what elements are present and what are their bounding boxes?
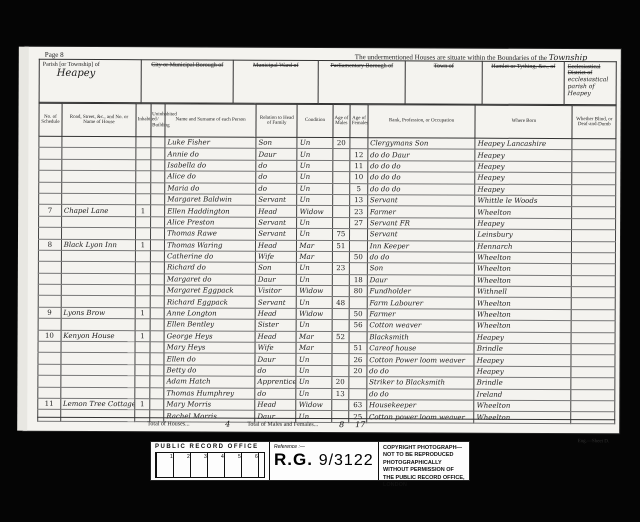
- schedule-number: [39, 159, 62, 170]
- occupation: Servant: [367, 195, 475, 207]
- disability: [572, 287, 616, 299]
- birthplace: Wheelton: [475, 252, 572, 264]
- uninhabited-count: [150, 330, 165, 341]
- house-name: [61, 364, 135, 376]
- age-male: 48: [332, 297, 350, 308]
- age-female: 50: [349, 308, 367, 319]
- uninhabited-count: [150, 160, 165, 171]
- disability: [572, 309, 616, 321]
- schedule-number: [38, 284, 61, 295]
- disability: [572, 218, 616, 230]
- uninhabited-count: [150, 365, 165, 376]
- condition: Un: [297, 194, 332, 206]
- hamlet-label: Hamlet or Tything, &c., of: [482, 61, 564, 104]
- person-name: Catherine do: [165, 251, 256, 263]
- inhabited-count: [136, 262, 151, 273]
- person-name: Richard Eggpack: [164, 296, 255, 308]
- col-birthplace: Where Born: [475, 105, 572, 138]
- condition: Un: [297, 137, 332, 149]
- age-female: [350, 229, 368, 240]
- schedule-number: [38, 375, 61, 386]
- condition: Un: [296, 365, 331, 377]
- inhabited-count: 1: [135, 308, 150, 319]
- col-name: Name and Surname of each Person: [165, 104, 256, 137]
- schedule-number: [38, 262, 61, 273]
- schedule-number: 10: [38, 330, 61, 341]
- parliamentary-label: Parliamentary Borough of: [318, 60, 405, 103]
- condition: Un: [296, 377, 331, 389]
- col-schedule: No. of Schedule: [39, 103, 62, 136]
- person-name: Maria do: [165, 182, 256, 194]
- uninhabited-count: [149, 399, 164, 410]
- person-name: Luke Fisher: [165, 137, 256, 149]
- schedule-number: [38, 319, 61, 330]
- persons-total-label: Total of Males and Females...: [247, 422, 318, 428]
- age-male: 52: [332, 331, 350, 342]
- disability: [572, 139, 616, 151]
- age-male: [332, 286, 350, 297]
- pro-title: PUBLIC RECORD OFFICE: [155, 444, 265, 450]
- schedule-number: [39, 227, 62, 238]
- relation: Servant: [256, 217, 297, 229]
- relation: Head: [256, 240, 297, 252]
- relation: Son: [256, 137, 297, 149]
- condition: Widow: [296, 399, 331, 411]
- age-female: 13: [350, 195, 368, 206]
- condition: Un: [297, 263, 332, 275]
- birthplace: Heapey: [474, 332, 571, 344]
- birthplace: Ireland: [474, 389, 571, 401]
- inhabited-count: [136, 251, 151, 262]
- col-inhabited: Inhabited: [136, 104, 151, 137]
- disability: [571, 366, 615, 378]
- condition: Mar: [297, 240, 332, 252]
- house-name: [62, 159, 136, 171]
- condition: Mar: [296, 342, 331, 354]
- age-female: 5: [350, 183, 368, 194]
- schedule-number: 9: [38, 307, 61, 318]
- disability: [572, 275, 616, 287]
- inhabited-count: 1: [136, 239, 151, 250]
- relation: Head: [255, 331, 296, 343]
- person-name: Ellen Bentley: [164, 319, 255, 331]
- birthplace: Wheelton: [475, 263, 572, 275]
- age-male: [332, 149, 350, 160]
- age-female: 11: [350, 160, 368, 171]
- birthplace: Wheelton: [474, 298, 571, 310]
- age-male: [332, 251, 350, 262]
- age-male: [332, 160, 350, 171]
- age-female: 20: [349, 365, 367, 376]
- birthplace: Heapey: [475, 150, 572, 162]
- inhabited-count: [135, 353, 150, 364]
- relation: Head: [256, 206, 297, 218]
- inhabited-count: [135, 364, 150, 375]
- schedule-number: 8: [38, 239, 61, 250]
- schedule-number: [38, 341, 61, 352]
- house-name: Lemon Tree Cottage: [60, 398, 134, 410]
- location-header: Parish [or Township] of Heapey City or M…: [39, 59, 617, 106]
- condition: Un: [297, 229, 332, 241]
- females-total: 17: [355, 420, 365, 429]
- column-headers: No. of Schedule Road, Street, &c., and N…: [39, 103, 616, 139]
- birthplace: Heapey: [475, 172, 572, 184]
- col-address: Road, Street, &c., and No. or Name of Ho…: [62, 103, 137, 136]
- uninhabited-count: [150, 251, 165, 262]
- relation: Wife: [255, 342, 296, 354]
- town-label: Town of: [405, 61, 482, 104]
- house-name: [61, 341, 135, 353]
- age-female: [349, 388, 367, 399]
- house-name: Black Lyon Inn: [61, 239, 135, 251]
- age-female: 80: [349, 286, 367, 297]
- census-table: No. of Schedule Road, Street, &c., and N…: [37, 103, 616, 424]
- house-name: [61, 227, 135, 239]
- house-name: [61, 284, 135, 296]
- schedule-number: [38, 296, 61, 307]
- inhabited-count: [135, 376, 150, 387]
- col-disability: Whether Blind, or Deaf-and-Dumb: [572, 106, 616, 139]
- relation: Head: [255, 308, 296, 320]
- ruler-mark: 5: [238, 454, 241, 460]
- house-name: [61, 216, 135, 228]
- occupation: Cotton weaver: [367, 320, 475, 332]
- condition: Un: [296, 388, 331, 400]
- disability: [572, 321, 616, 333]
- uninhabited-count: [150, 308, 165, 319]
- inhabited-count: [135, 273, 150, 284]
- condition: Un: [297, 274, 332, 286]
- age-female: 63: [349, 400, 367, 411]
- age-female: 12: [350, 149, 368, 160]
- census-page: Page 8 The undermentioned Houses are sit…: [23, 47, 621, 434]
- age-female: [350, 240, 368, 251]
- condition: Un: [297, 149, 332, 161]
- occupation: do do do: [368, 160, 476, 172]
- birthplace: Hennarch: [475, 241, 572, 253]
- disability: [571, 401, 615, 413]
- inhabited-count: [136, 148, 151, 159]
- schedule-number: [38, 250, 61, 261]
- col-relation: Relation to Head of Family: [256, 104, 298, 137]
- inhabited-count: [136, 194, 151, 205]
- birthplace: Wheelton: [474, 309, 571, 321]
- inhabited-count: [136, 228, 151, 239]
- person-name: Richard do: [164, 262, 255, 274]
- reference-number: 9/3122: [319, 452, 374, 469]
- house-name: [61, 273, 135, 285]
- birthplace: Heapey: [474, 355, 571, 367]
- reference-section: Reference :— R.G. 9/3122: [270, 442, 379, 480]
- birthplace: Heapey: [475, 218, 572, 230]
- ruler-mark: 4: [221, 454, 224, 460]
- house-name: [61, 250, 135, 262]
- col-age-males: Age of Males: [333, 105, 351, 138]
- schedule-number: [39, 193, 62, 204]
- age-female: 23: [350, 206, 368, 217]
- schedule-number: [39, 170, 62, 181]
- condition: Widow: [297, 206, 332, 218]
- house-name: Kenyon House: [61, 330, 135, 342]
- disability: [572, 184, 616, 196]
- inhabited-count: 1: [135, 330, 150, 341]
- page-number: Page 8: [45, 51, 64, 59]
- person-name: Anne Longton: [164, 308, 255, 320]
- disability: [571, 378, 615, 390]
- col-occupation: Rank, Profession, or Occupation: [368, 105, 476, 138]
- relation: Son: [255, 263, 296, 275]
- disability: [572, 252, 616, 264]
- age-female: 27: [350, 217, 368, 228]
- occupation: Son: [367, 263, 475, 275]
- parish-value: Heapey: [57, 68, 138, 79]
- uninhabited-count: [150, 216, 165, 227]
- birthplace: Heapey: [475, 184, 572, 196]
- house-name: [61, 376, 135, 388]
- occupation: do do do: [367, 183, 475, 195]
- disability: [572, 173, 616, 185]
- schedule-number: [38, 353, 61, 364]
- schedule-number: 7: [39, 205, 62, 216]
- person-name: Thomas Humphrey: [164, 387, 255, 399]
- relation: Servant: [256, 194, 297, 206]
- age-male: [332, 308, 350, 319]
- age-male: 51: [332, 240, 350, 251]
- inhabited-count: [136, 159, 151, 170]
- disability: [572, 332, 616, 344]
- disability: [572, 241, 616, 253]
- inhabited-count: [135, 387, 150, 398]
- age-female: 56: [349, 320, 367, 331]
- house-name: [61, 353, 135, 365]
- uninhabited-count: [150, 262, 165, 273]
- ecclesiastical-cell: Ecclesiastical District of ecclesiastica…: [564, 62, 616, 105]
- uninhabited-count: [150, 285, 165, 296]
- relation: Servant: [256, 228, 297, 240]
- occupation: Fundholder: [367, 286, 475, 298]
- uninhabited-count: [150, 182, 165, 193]
- person-name: Ellen Haddington: [165, 205, 256, 217]
- occupation: Cotton Power loom weaver: [367, 354, 475, 366]
- birthplace: Wheelton: [474, 320, 571, 332]
- age-female: 51: [349, 343, 367, 354]
- census-rows: Luke FisherSonUn20Clergymans SonHeapey L…: [38, 136, 616, 423]
- house-name: Lyons Brow: [61, 307, 135, 319]
- age-male: [331, 400, 349, 411]
- disability: [572, 196, 616, 208]
- occupation: Farmer: [367, 206, 475, 218]
- birthplace: Brindle: [474, 343, 571, 355]
- uninhabited-count: [150, 171, 165, 182]
- age-female: 26: [349, 354, 367, 365]
- relation: Daur: [256, 149, 297, 161]
- occupation: Housekeeper: [367, 400, 475, 412]
- relation: Apprentice: [255, 376, 296, 388]
- condition: Un: [297, 183, 332, 195]
- birthplace: Wheelton: [475, 275, 572, 287]
- age-female: [350, 138, 368, 149]
- relation: Visitor: [255, 285, 296, 297]
- reference-prefix: R.G.: [274, 450, 313, 469]
- condition: Mar: [297, 331, 332, 343]
- person-name: Alice Preston: [165, 217, 256, 229]
- occupation: do do do: [368, 172, 476, 184]
- col-condition: Condition: [297, 104, 332, 137]
- inhabited-count: [135, 342, 150, 353]
- occupation: Farm Labourer: [367, 297, 475, 309]
- inhabited-count: 1: [136, 205, 151, 216]
- age-female: [349, 377, 367, 388]
- inhabited-count: [136, 216, 151, 227]
- occupation: Servant FR: [367, 217, 475, 229]
- age-male: [332, 172, 350, 183]
- schedule-number: [39, 136, 62, 147]
- occupation: do do: [367, 366, 475, 378]
- birthplace: Wheelton: [474, 400, 571, 412]
- condition: Un: [297, 160, 332, 172]
- houses-total-label: Total of Houses...: [147, 421, 189, 427]
- uninhabited-count: [150, 148, 165, 159]
- uninhabited-count: [150, 296, 165, 307]
- occupation: Servant: [367, 229, 475, 241]
- schedule-number: [39, 216, 62, 227]
- age-male: 23: [332, 263, 350, 274]
- age-male: [332, 217, 350, 228]
- house-name: Chapel Lane: [61, 205, 135, 217]
- birthplace: Leinsbury: [475, 229, 572, 241]
- ecclesiastical-value: ecclesiastical parish of Heapey: [568, 76, 613, 97]
- occupation: Striker to Blacksmith: [367, 377, 475, 389]
- age-male: [332, 354, 350, 365]
- disability: [572, 161, 616, 173]
- age-male: 13: [331, 388, 349, 399]
- person-name: Isabella do: [165, 160, 256, 172]
- age-female: 10: [350, 172, 368, 183]
- person-name: Margaret Baldwin: [165, 194, 256, 206]
- age-female: 18: [349, 274, 367, 285]
- person-name: Mary Heys: [164, 342, 255, 354]
- age-male: [332, 194, 350, 205]
- person-name: Annie do: [165, 148, 256, 160]
- uninhabited-count: [149, 376, 164, 387]
- condition: Un: [297, 172, 332, 184]
- relation: Servant: [255, 297, 296, 309]
- age-female: 50: [350, 252, 368, 263]
- relation: Wife: [255, 251, 296, 263]
- birthplace: Heapey: [475, 161, 572, 173]
- inhabited-count: 1: [135, 399, 150, 410]
- schedule-number: [38, 273, 61, 284]
- males-total: 8: [339, 420, 344, 429]
- condition: Widow: [297, 308, 332, 320]
- house-name: [61, 193, 135, 205]
- age-female: [350, 263, 368, 274]
- relation: do: [256, 160, 297, 172]
- person-name: George Heys: [164, 330, 255, 342]
- birthplace: Whittle le Woods: [475, 195, 572, 207]
- condition: Un: [297, 217, 332, 229]
- age-male: [332, 183, 350, 194]
- copyright-notice: COPYRIGHT PHOTOGRAPH—NOT TO BE REPRODUCE…: [379, 442, 469, 480]
- condition: Un: [297, 320, 332, 332]
- birthplace: Withnell: [475, 286, 572, 298]
- house-name: [62, 136, 136, 148]
- relation: Daur: [255, 354, 296, 366]
- schedule-number: [38, 364, 61, 375]
- house-name: [61, 262, 135, 274]
- condition: Un: [296, 354, 331, 366]
- occupation: do do: [367, 252, 475, 264]
- relation: do: [256, 171, 297, 183]
- ruler-mark: 6: [255, 454, 258, 460]
- occupation: do do Daur: [368, 149, 476, 161]
- birthplace: Heapey Lancashire: [475, 138, 572, 150]
- person-name: Thomas Waring: [165, 239, 256, 251]
- uninhabited-count: [150, 228, 165, 239]
- age-male: [332, 365, 350, 376]
- relation: Daur: [255, 274, 296, 286]
- uninhabited-count: [150, 239, 165, 250]
- age-male: [332, 320, 350, 331]
- ruler-mark: 2: [187, 454, 190, 460]
- schedule-number: [38, 387, 61, 398]
- ecclesiastical-label: Ecclesiastical District of: [568, 64, 613, 76]
- birthplace: Wheelton: [475, 207, 572, 219]
- house-name: [62, 148, 136, 160]
- uninhabited-count: [150, 319, 165, 330]
- occupation: Blacksmith: [367, 331, 475, 343]
- totals-row: Total of Houses... 4 Total of Males and …: [37, 417, 615, 435]
- relation: Sister: [255, 319, 296, 331]
- city-label: City or Municipal Borough of: [141, 60, 233, 103]
- house-name: [61, 387, 135, 399]
- parish-cell: Parish [or Township] of Heapey: [39, 59, 141, 102]
- age-male: [332, 274, 350, 285]
- person-name: Betty do: [164, 365, 255, 377]
- age-female: [349, 297, 367, 308]
- disability: [571, 389, 615, 401]
- house-name: [61, 182, 135, 194]
- uninhabited-count: [150, 205, 165, 216]
- occupation: do do: [367, 388, 475, 400]
- person-name: Thomas Rawe: [165, 228, 256, 240]
- condition: Widow: [297, 285, 332, 297]
- inhabited-count: [135, 296, 150, 307]
- public-record-office-label: PUBLIC RECORD OFFICE 1 2 3 4 5 6 Referen…: [150, 441, 470, 481]
- sheet-note: Eng.—Sheet D.: [578, 439, 610, 444]
- uninhabited-count: [151, 137, 166, 148]
- age-male: [332, 206, 350, 217]
- disability: [572, 230, 616, 242]
- disability: [571, 355, 615, 367]
- age-male: 75: [332, 229, 350, 240]
- schedule-number: [39, 148, 62, 159]
- person-name: Margaret Eggpack: [164, 285, 255, 297]
- reference-value: R.G. 9/3122: [274, 450, 374, 470]
- occupation: Daur: [367, 274, 475, 286]
- person-name: Alice do: [165, 171, 256, 183]
- occupation: Clergymans Son: [368, 138, 476, 150]
- birthplace: Brindle: [474, 377, 571, 389]
- uninhabited-count: [150, 273, 165, 284]
- person-name: Adam Hatch: [164, 376, 255, 388]
- age-male: 20: [331, 377, 349, 388]
- uninhabited-count: [150, 342, 165, 353]
- ward-label: Municipal Ward of: [233, 60, 318, 103]
- disability: [572, 150, 616, 162]
- person-name: Ellen do: [164, 353, 255, 365]
- schedule-number: 11: [38, 398, 61, 409]
